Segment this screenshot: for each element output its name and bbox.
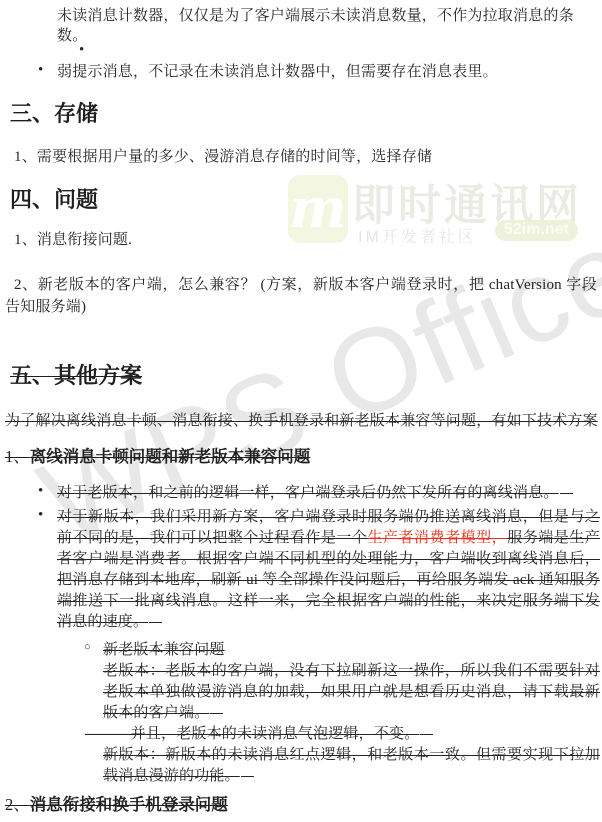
heading-problem: 四、问题 <box>10 186 98 214</box>
line-compat-title: 新老版本兼容问题 <box>103 640 600 661</box>
paragraph-problem-item2: 2、新老版本的客户端，怎么兼容？ (方案，新版本客户端登录时，把 chatVer… <box>5 274 597 318</box>
paragraph-old-version: 对于老版本，和之前的逻辑一样，客户端登录后仍然下发所有的离线消息。 <box>57 483 600 504</box>
bullet-icon: • <box>38 507 43 524</box>
strike-tail <box>149 622 162 623</box>
struck-text: 为了解决离线消息卡顿、消息衔接、换手机登录和新老版本兼容等问题，有如下技术方案 <box>5 413 598 429</box>
struck-text: 新版本：新版本的未读消息红点逻辑，和老版本一致。但需要实现下拉加载消息漫游的功能… <box>103 747 600 784</box>
compatibility-block: 新老版本兼容问题 老版本：老版本的客户端，没有下拉刷新这一操作，所以我们不需要针… <box>103 640 600 787</box>
subheading-text: 消息衔接和换手机登录问题 <box>30 795 228 814</box>
subheading-number: 2、 <box>5 795 30 814</box>
struck-text: 老版本：老版本的客户端，没有下拉刷新这一操作，所以我们不需要针对老版本单独做漫游… <box>103 663 600 721</box>
strike-tail <box>241 776 254 777</box>
struck-text: 对于老版本，和之前的逻辑一样，客户端登录后仍然下发所有的离线消息。 <box>57 485 559 501</box>
bullet-icon: • <box>38 483 43 500</box>
producer-consumer-red-text: 生产者消费者模型， <box>367 530 507 546</box>
bullet-icon: • <box>38 62 43 79</box>
line-compat-dash: ———并且，老版本的未读消息气泡逻辑，不变。 <box>85 724 600 745</box>
document-page: { "page": { "background": "#ffffff", "te… <box>0 0 602 822</box>
strike-tail <box>560 493 573 494</box>
paragraph-compat-old: 老版本：老版本的客户端，没有下拉刷新这一操作，所以我们不需要针对老版本单独做漫游… <box>103 661 600 724</box>
subheading-offline-lag: 1、离线消息卡顿问题和新老版本兼容问题 <box>5 447 310 467</box>
heading-other-solutions: 五、其他方案 <box>10 362 142 390</box>
bullet-icon: • <box>79 42 84 59</box>
strike-tail <box>210 713 223 714</box>
struck-text: 新老版本兼容问题 <box>103 642 225 658</box>
paragraph-new-version: 对于新版本，我们采用新方案，客户端登录时服务端仍推送离线消息，但是与之前不同的是… <box>57 507 600 633</box>
paragraph-unread-counter: 未读消息计数器，仅仅是为了客户端展示未读消息数量，不作为拉取消息的条数。 <box>57 6 600 46</box>
paragraph-compat-new: 新版本：新版本的未读消息红点逻辑，和老版本一致。但需要实现下拉加载消息漫游的功能… <box>103 745 600 787</box>
paragraph-weak-hint: 弱提示消息，不记录在未读消息计数器中，但需要存在消息表里。 <box>57 62 600 82</box>
paragraph-other-intro: 为了解决离线消息卡顿、消息衔接、换手机登录和新老版本兼容等问题，有如下技术方案 <box>5 411 600 431</box>
circle-bullet-icon: ○ <box>84 641 91 653</box>
heading-storage: 三、存储 <box>10 100 98 128</box>
subheading-message-handover: 2、消息衔接和换手机登录问题 <box>5 795 228 815</box>
struck-text: ———并且，老版本的未读消息气泡逻辑，不变。 <box>85 726 419 742</box>
paragraph-problem-item1: 1、消息衔接问题. <box>14 230 600 250</box>
subheading-number: 1、 <box>5 447 30 466</box>
document-text-layer: 未读消息计数器，仅仅是为了客户端展示未读消息数量，不作为拉取消息的条数。 • •… <box>0 0 602 822</box>
subheading-text: 离线消息卡顿问题和新老版本兼容问题 <box>30 447 311 466</box>
paragraph-storage-item1: 1、需要根据用户量的多少、漫游消息存储的时间等，选择存储 <box>14 147 600 167</box>
strike-tail <box>420 734 433 735</box>
